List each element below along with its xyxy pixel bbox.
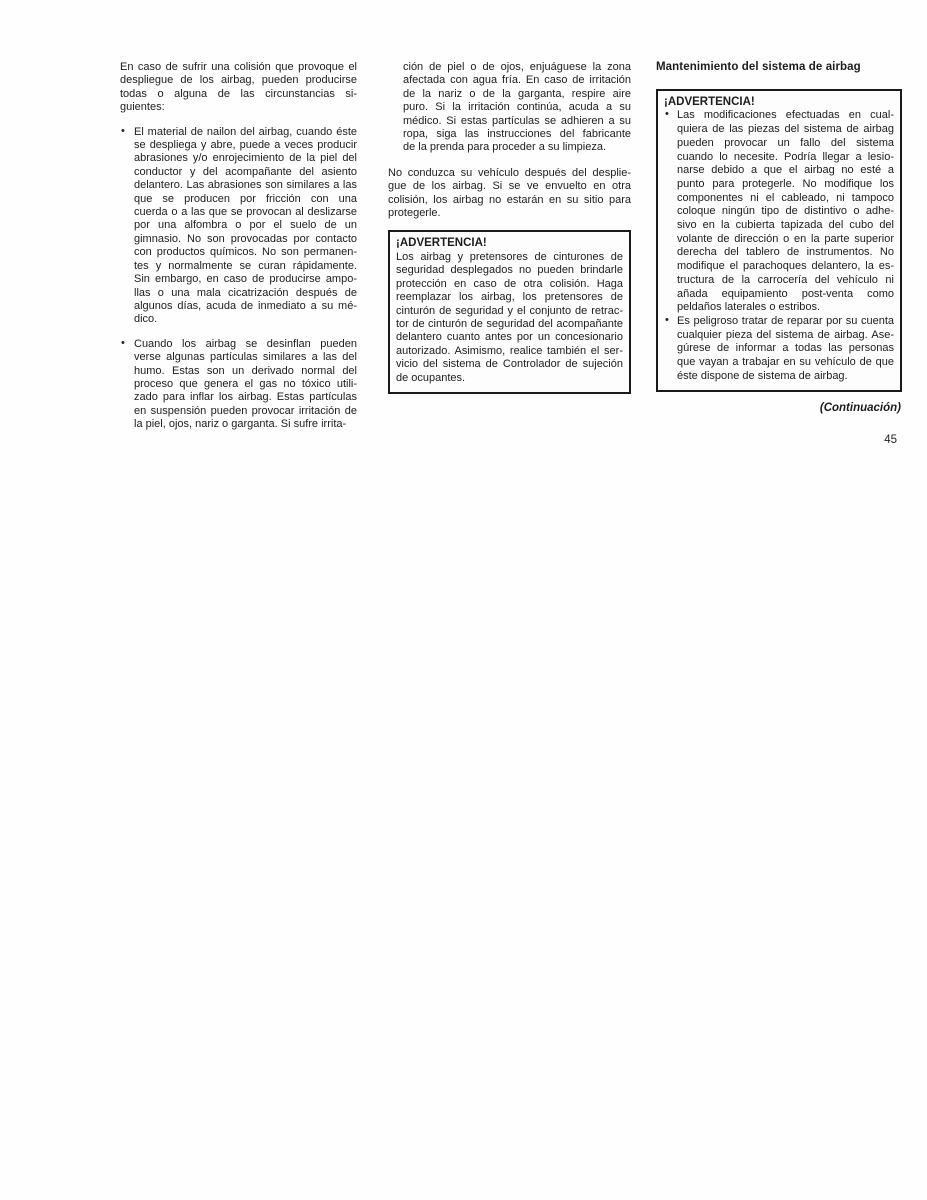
bullet-item: •Las modificaciones efectuadas en cual-q…: [664, 109, 894, 315]
text-line: tor de cinturón de seguridad del acompañ…: [396, 318, 623, 331]
text-line: gimnasio. No son provocadas por contacto: [134, 233, 357, 246]
manual-page: En caso de sufrir una colisión que provo…: [0, 0, 927, 1200]
text-line: de ocupantes.: [396, 372, 623, 385]
bullet-item: •El material de nailon del airbag, cuand…: [120, 126, 357, 327]
text-line: Los airbag y pretensores de cinturones d…: [396, 251, 623, 264]
text-line: médico. Si estas partículas se adhieren …: [403, 115, 631, 128]
text-line: punto para protegerle. No modifique los: [677, 178, 894, 192]
paragraph: ción de piel o de ojos, enjuáguese la zo…: [388, 61, 631, 155]
text-line: se despliega y abre, puede a veces produ…: [134, 139, 357, 152]
text-line: gúrese de informar a todas las personas: [677, 342, 894, 356]
paragraph: Los airbag y pretensores de cinturones d…: [396, 251, 623, 385]
text-line: pueden provocar un fallo del sistema: [677, 137, 894, 151]
text-line: gue de los airbag. Si se ve envuelto en …: [388, 180, 631, 193]
text-line: de la nariz o de la garganta, respire ai…: [403, 88, 631, 101]
warning-box: ¡ADVERTENCIA!Los airbag y pretensores de…: [388, 230, 631, 393]
text-line: Sin embargo, en caso de producirse ampo-: [134, 273, 357, 286]
continuation-note: (Continuación): [820, 402, 901, 414]
text-line: afectada con agua fría. En caso de irrit…: [403, 74, 631, 87]
text-line: autorizado. Asimismo, realice también el…: [396, 345, 623, 358]
text-line: despliegue de los airbag, pueden produci…: [120, 74, 357, 87]
text-line: delantero cuanto antes por un concesiona…: [396, 331, 623, 344]
bullet-icon: •: [665, 314, 669, 328]
column-middle: ción de piel o de ojos, enjuáguese la zo…: [388, 61, 631, 394]
column-left: En caso de sufrir una colisión que provo…: [120, 61, 357, 432]
bullet-icon: •: [121, 337, 125, 350]
bullet-icon: •: [121, 125, 125, 138]
text-line: la piel, ojos, nariz o garganta. Si sufr…: [134, 418, 357, 431]
text-line: narse debido a que el airbag no esté a: [677, 164, 894, 178]
warning-title: ¡ADVERTENCIA!: [396, 237, 623, 250]
text-line: verse algunas partículas similares a las…: [134, 351, 357, 364]
text-line: El material de nailon del airbag, cuando…: [134, 126, 357, 139]
text-line: No conduzca su vehículo después del desp…: [388, 167, 631, 180]
text-line: Es peligroso tratar de reparar por su cu…: [677, 315, 894, 329]
text-line: cuando lo necesite. Podría llegar a lesi…: [677, 151, 894, 165]
text-line: En caso de sufrir una colisión que provo…: [120, 61, 357, 74]
text-line: guientes:: [120, 101, 357, 114]
text-line: tructura de la carrocería del vehículo n…: [677, 274, 894, 288]
section-heading: Mantenimiento del sistema de airbag: [656, 61, 902, 75]
text-line: quiera de las piezas del sistema de airb…: [677, 123, 894, 137]
text-line: abrasiones y/o enrojecimiento de la piel…: [134, 152, 357, 165]
text-line: zado para inflar los airbag. Estas partí…: [134, 391, 357, 404]
text-line: delantero. Las abrasiones son similares …: [134, 179, 357, 192]
text-line: algunos días, acuda de inmediato a su mé…: [134, 300, 357, 313]
text-line: proceso que genera el gas no tóxico util…: [134, 378, 357, 391]
text-line: de la prenda para proceder a su limpieza…: [403, 141, 631, 154]
text-line: por una alfombra o por el suelo de un: [134, 219, 357, 232]
text-line: seguridad desplegados no pueden brindarl…: [396, 264, 623, 277]
text-line: cinturón de seguridad y el conjunto de r…: [396, 305, 623, 318]
paragraph: No conduzca su vehículo después del desp…: [388, 167, 631, 221]
text-line: componentes ni el cableado, ni tampoco: [677, 192, 894, 206]
text-line: que se producen por fricción con una: [134, 193, 357, 206]
text-line: éste dispone de sistema de airbag.: [677, 370, 894, 384]
text-line: ción de piel o de ojos, enjuáguese la zo…: [403, 61, 631, 74]
text-line: humo. Estas son un derivado normal del: [134, 365, 357, 378]
bullet-item: •Es peligroso tratar de reparar por su c…: [664, 315, 894, 384]
text-line: colisión, los airbag no estarán en su si…: [388, 194, 631, 207]
text-line: cualquier pieza del sistema de airbag. A…: [677, 329, 894, 343]
text-line: peldaños laterales o estribos.: [677, 301, 894, 315]
text-line: derecha del tablero de instrumentos. No: [677, 246, 894, 260]
text-line: volante de dirección o en la parte super…: [677, 233, 894, 247]
paragraph: En caso de sufrir una colisión que provo…: [120, 61, 357, 115]
column-right: Mantenimiento del sistema de airbag ¡ADV…: [656, 61, 902, 392]
text-line: todas o alguna de las circunstancias si-: [120, 88, 357, 101]
text-line: tes y normalmente se curan rápidamente.: [134, 260, 357, 273]
text-line: coloque ningún tipo de distintivo o adhe…: [677, 205, 894, 219]
text-line: reemplazar los airbag, los pretensores d…: [396, 291, 623, 304]
text-line: añada equipamiento post-venta como: [677, 288, 894, 302]
text-line: modifique el parachoques delantero, la e…: [677, 260, 894, 274]
text-line: que vayan a trabajar en su vehículo de q…: [677, 356, 894, 370]
text-line: vicio del sistema de Controlador de suje…: [396, 358, 623, 371]
warning-title: ¡ADVERTENCIA!: [664, 96, 894, 110]
bullet-item: •Cuando los airbag se desinflan puedenve…: [120, 338, 357, 432]
warning-box: ¡ADVERTENCIA!•Las modificaciones efectua…: [656, 89, 902, 393]
text-line: protección en caso de otra colisión. Hag…: [396, 278, 623, 291]
text-line: Las modificaciones efectuadas en cual-: [677, 109, 894, 123]
text-line: ropa, siga las instrucciones del fabrica…: [403, 128, 631, 141]
text-line: conductor y del acompañante del asiento: [134, 166, 357, 179]
text-line: dico.: [134, 313, 357, 326]
page-number: 45: [884, 434, 897, 446]
text-line: Cuando los airbag se desinflan pueden: [134, 338, 357, 351]
text-line: con productos químicos. No son permanen-: [134, 246, 357, 259]
text-line: en suspensión pueden provocar irritación…: [134, 405, 357, 418]
text-line: puro. Si la irritación continúa, acuda a…: [403, 101, 631, 114]
text-line: sivo en la cubierta tapizada del cubo de…: [677, 219, 894, 233]
bullet-icon: •: [665, 108, 669, 122]
text-line: llas o una mala cicatrización después de: [134, 287, 357, 300]
text-line: cuerda o a las que se provocan al desliz…: [134, 206, 357, 219]
text-line: protegerle.: [388, 207, 631, 220]
